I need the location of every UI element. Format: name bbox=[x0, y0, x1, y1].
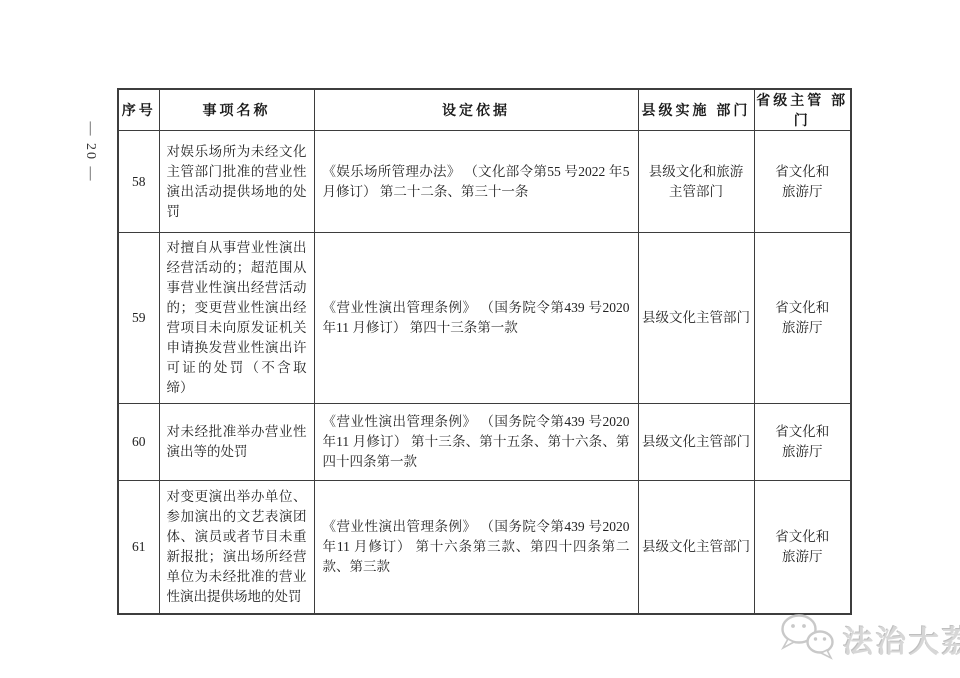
page-number: — 20 — bbox=[80, 115, 98, 189]
item-name-cell: 对变更演出举办单位、参加演出的文艺表演团体、演员或者节目未重新报批；演出场所经营… bbox=[159, 481, 314, 614]
table-row: 61 对变更演出举办单位、参加演出的文艺表演团体、演员或者节目未重新报批；演出场… bbox=[118, 481, 851, 614]
regulation-table: 序号 事项名称 设定依据 县级实施 部门 省级主管 部门 58 对娱乐场所为未经… bbox=[117, 88, 852, 615]
header-province-dept: 省级主管 部门 bbox=[754, 89, 851, 131]
province-dept-cell: 省文化和 旅游厅 bbox=[754, 233, 851, 404]
watermark: 法治大荔 bbox=[778, 612, 960, 665]
province-dept-cell: 省文化和 旅游厅 bbox=[754, 481, 851, 614]
legal-basis-cell: 《营业性演出管理条例》 （国务院令第439 号2020 年11 月修订） 第十三… bbox=[314, 404, 638, 481]
province-dept-cell: 省文化和 旅游厅 bbox=[754, 131, 851, 233]
seq-no-cell: 58 bbox=[118, 131, 159, 233]
item-name-cell: 对擅自从事营业性演出经营活动的；超范围从事营业性演出经营活动的；变更营业性演出经… bbox=[159, 233, 314, 404]
watermark-label: 法治大荔 bbox=[843, 617, 960, 661]
seq-no-cell: 61 bbox=[118, 481, 159, 614]
header-item-name: 事项名称 bbox=[159, 89, 314, 131]
seq-no-cell: 60 bbox=[118, 404, 159, 481]
header-legal-basis: 设定依据 bbox=[314, 89, 638, 131]
header-seq-no: 序号 bbox=[118, 89, 159, 131]
county-dept-cell: 县级文化主管部门 bbox=[638, 481, 754, 614]
legal-basis-cell: 《营业性演出管理条例》 （国务院令第439 号2020 年11 月修订） 第十六… bbox=[314, 481, 638, 614]
table-header-row: 序号 事项名称 设定依据 县级实施 部门 省级主管 部门 bbox=[118, 89, 851, 131]
legal-basis-cell: 《营业性演出管理条例》 （国务院令第439 号2020 年11 月修订） 第四十… bbox=[314, 233, 638, 404]
wechat-icon bbox=[778, 612, 836, 665]
province-dept-cell: 省文化和 旅游厅 bbox=[754, 404, 851, 481]
legal-basis-cell: 《娱乐场所管理办法》 （文化部令第55 号2022 年5月修订） 第二十二条、第… bbox=[314, 131, 638, 233]
table-row: 59 对擅自从事营业性演出经营活动的；超范围从事营业性演出经营活动的；变更营业性… bbox=[118, 233, 851, 404]
county-dept-cell: 县级文化主管部门 bbox=[638, 233, 754, 404]
table-row: 58 对娱乐场所为未经文化主管部门批准的营业性演出活动提供场地的处罚 《娱乐场所… bbox=[118, 131, 851, 233]
table-row: 60 对未经批准举办营业性演出等的处罚 《营业性演出管理条例》 （国务院令第43… bbox=[118, 404, 851, 481]
seq-no-cell: 59 bbox=[118, 233, 159, 404]
item-name-cell: 对娱乐场所为未经文化主管部门批准的营业性演出活动提供场地的处罚 bbox=[159, 131, 314, 233]
header-county-dept: 县级实施 部门 bbox=[638, 89, 754, 131]
item-name-cell: 对未经批准举办营业性演出等的处罚 bbox=[159, 404, 314, 481]
county-dept-cell: 县级文化和旅游 主管部门 bbox=[638, 131, 754, 233]
county-dept-cell: 县级文化主管部门 bbox=[638, 404, 754, 481]
